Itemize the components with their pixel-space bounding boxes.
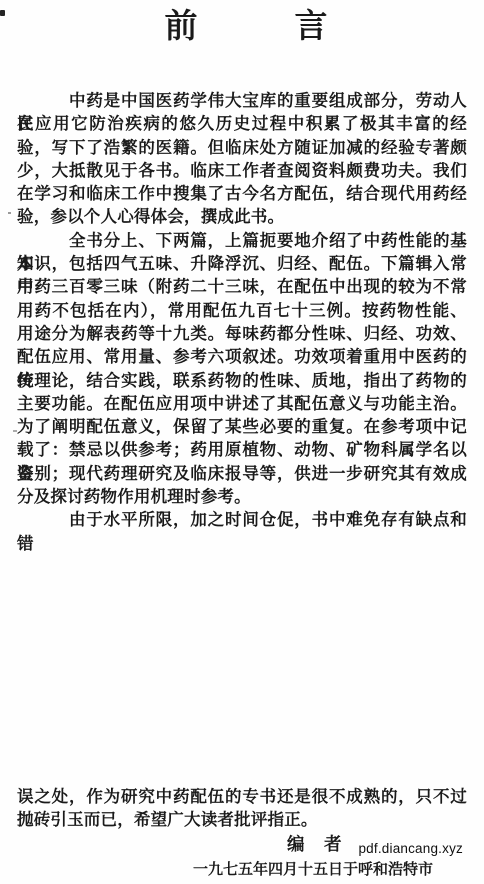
- scan-speck: [8, 212, 11, 214]
- publication-date-line: 一九七五年四月十五日于呼和浩特市: [0, 861, 484, 880]
- text-line: 验，写下了浩繁的医籍。但临床处方随证加减的经验专著颇: [17, 136, 467, 159]
- text-line: 在应用它防治疾病的悠久历史过程中积累了极其丰富的经: [17, 112, 467, 135]
- text-line: 配伍应用、常用量、参考六项叙述。功效项着重用中医药的传: [17, 345, 467, 368]
- text-line: 主要功能。在配伍应用项中讲述了其配伍意义与功能主治。: [17, 392, 467, 415]
- text-line: 中药三百零三味（附药二十三味，在配伍中出现的较为不常: [17, 275, 467, 298]
- page-blank-gap: [0, 532, 484, 785]
- page-title: 前 言: [4, 0, 484, 48]
- scanned-preface-page: 前 言 中药是中国医药学伟大宝库的重要组成部分，劳动人民在应用它防治疾病的悠久历…: [0, 0, 484, 884]
- text-line: 全书分上、下两篇，上篇扼要地介绍了中药性能的基本: [17, 229, 467, 252]
- text-line: 验，参以个人心得体会，撰成此书。: [17, 205, 467, 228]
- title-char-qian: 前: [165, 7, 198, 48]
- editor-signature: 编 者: [287, 834, 343, 855]
- text-line: 为了阐明配伍意义，保留了某些必要的重复。在参考项中记: [17, 415, 467, 438]
- title-char-yan: 言: [295, 7, 328, 48]
- text-line: 统理论，结合实践，联系药物的性味、质地，指出了药物的: [17, 369, 467, 392]
- text-line: 载了：禁忌以供参考；药用原植物、动物、矿物科属学名以资: [17, 438, 467, 461]
- text-line: 知识，包括四气五味、升降浮沉、归经、配伍。下篇辑入常用: [17, 252, 467, 275]
- text-line: 用药不包括在内），常用配伍九百七十三例。按药物性能、: [17, 299, 467, 322]
- text-line: 鉴别；现代药理研究及临床报导等，供进一步研究其有效成: [17, 462, 467, 485]
- scan-speck: [13, 430, 17, 432]
- preface-body-text: 中药是中国医药学伟大宝库的重要组成部分，劳动人民在应用它防治疾病的悠久历史过程中…: [0, 89, 484, 532]
- text-line: 误之处，作为研究中药配伍的专书还是很不成熟的，只不过: [17, 785, 467, 808]
- scan-speck: [0, 10, 5, 16]
- scan-speck: [36, 306, 38, 308]
- signature-row: 编 者 pdf.diancang.xyz: [0, 834, 484, 858]
- text-line: 在学习和临床工作中搜集了古今名方配伍，结合现代用药经: [17, 182, 467, 205]
- text-line: 用途分为解表药等十九类。每味药都分性味、归经、功效、: [17, 322, 467, 345]
- text-line: 抛砖引玉而已，希望广大读者批评指正。: [17, 808, 467, 831]
- text-line: 中药是中国医药学伟大宝库的重要组成部分，劳动人民: [17, 89, 467, 112]
- watermark-url: pdf.diancang.xyz: [358, 841, 463, 856]
- text-line: 由于水平所限，加之时间仓促，书中难免存有缺点和错: [17, 508, 467, 531]
- text-line: 分及探讨药物作用机理时参考。: [17, 485, 467, 508]
- preface-continued-text: 误之处，作为研究中药配伍的专书还是很不成熟的，只不过抛砖引玉而已，希望广大读者批…: [0, 785, 484, 832]
- text-line: 少，大抵散见于各书。临床工作者查阅资料颇费功夫。我们: [17, 159, 467, 182]
